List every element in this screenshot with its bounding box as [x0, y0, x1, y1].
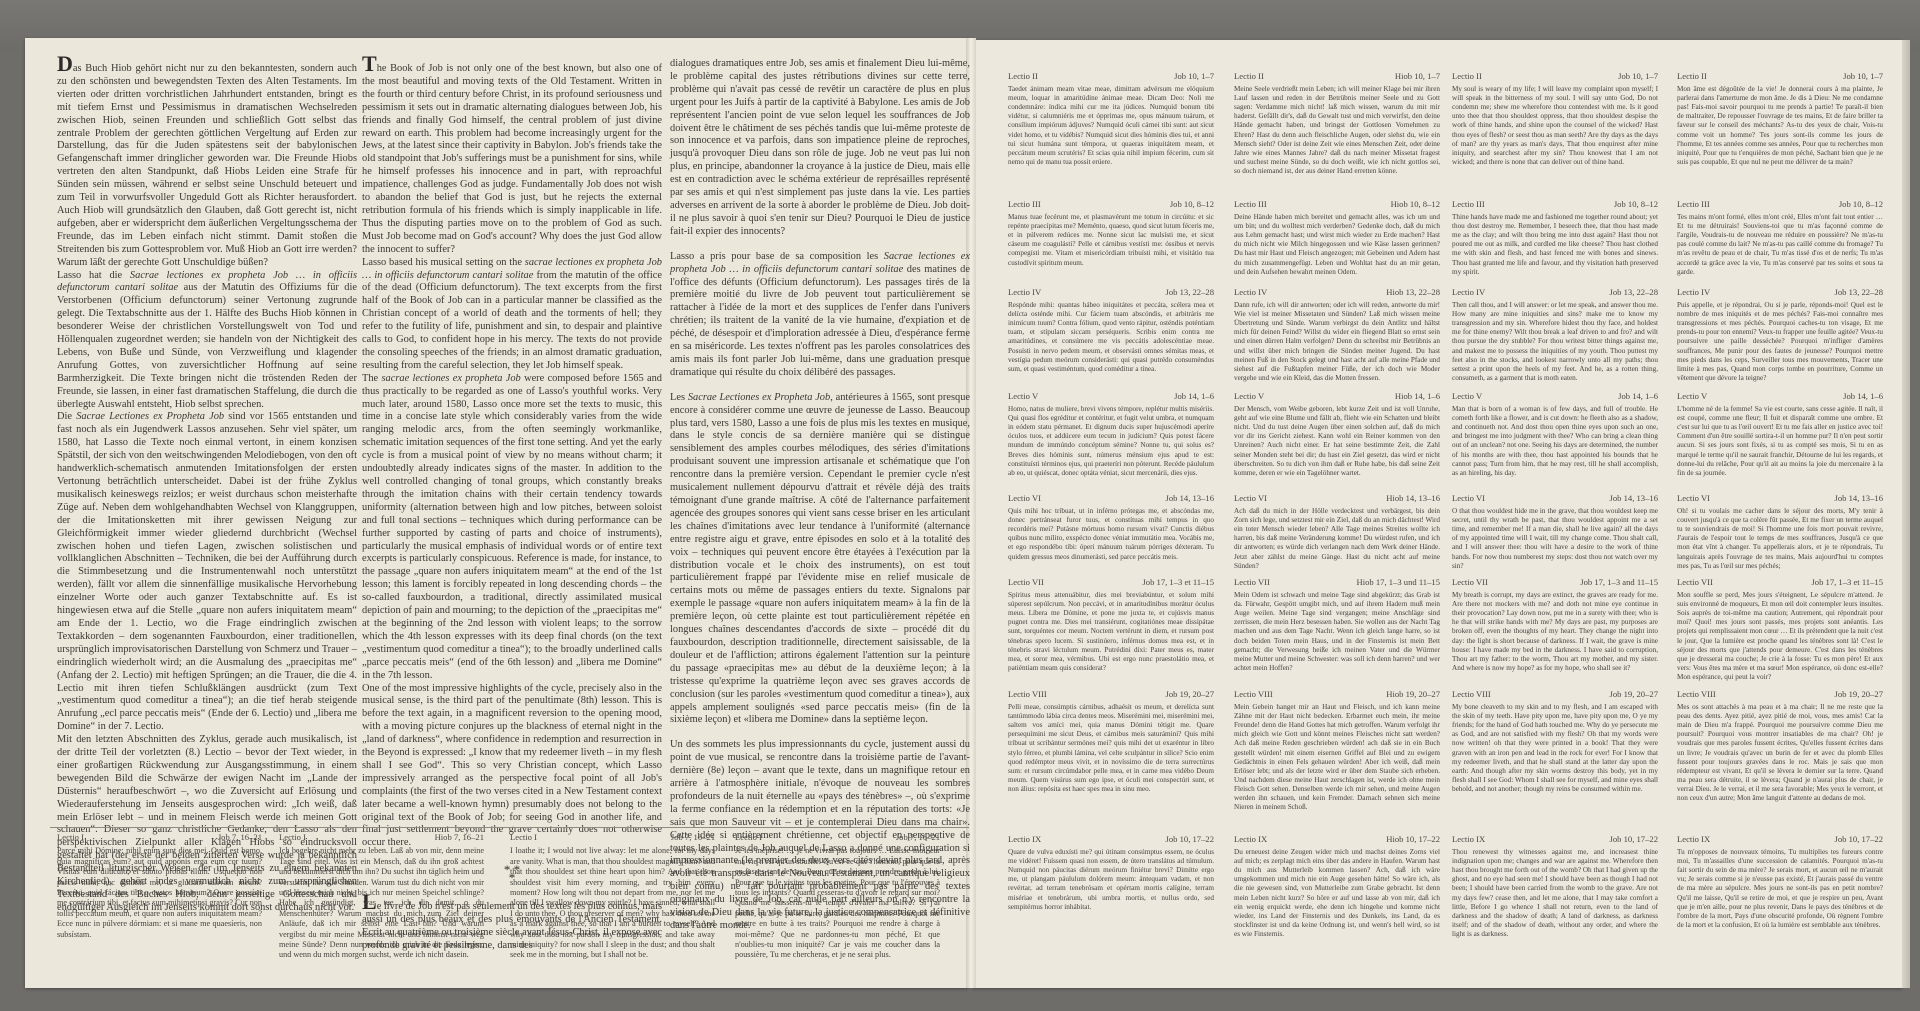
lesson-label: Lectio VIII — [1008, 690, 1047, 699]
lesson-text: O that thou wouldest hide me in the grav… — [1452, 507, 1658, 571]
lesson-label: Lectio V — [1452, 392, 1482, 401]
lesson-reference: Job 14, 13–16 — [1835, 494, 1883, 503]
lesson-reference: Job 19, 20–27 — [1835, 690, 1883, 699]
lesson-reference: Job 10, 1–7 — [1174, 72, 1214, 81]
lesson-text: Mon âme est dégoûtée de la vie! Je donne… — [1677, 85, 1883, 167]
essay-german: Das Buch Hiob gehört nicht nur zu den be… — [57, 58, 357, 915]
lesson-block: Lectio VHiob 14, 1–6 Der Mensch, vom Wei… — [1234, 392, 1440, 478]
lesson-label: Lectio IX — [1008, 835, 1041, 844]
lesson-reference: Job 17, 1–3 et 11–15 — [1811, 578, 1883, 587]
lesson-label: Lectio II — [1452, 72, 1482, 81]
lesson-text: Then call thou, and I will answer: or le… — [1452, 301, 1658, 383]
lesson-text: Du erneuest deine Zeugen wider mich und … — [1234, 848, 1440, 939]
lesson-block: Lectio IJob 7, 16–21 I loathe it; I woul… — [510, 832, 715, 961]
lesson-text: Taedet ánimam meam vitae meae, dimittam … — [1008, 85, 1214, 167]
lesson-reference: Hiob 10, 1–7 — [1395, 72, 1440, 81]
lesson-reference: Hiob 7, 16–21 — [435, 832, 484, 842]
paragraph: dialogues dramatiques entre Job, ses ami… — [670, 58, 970, 239]
lesson-label: Lectio VI — [1677, 494, 1710, 503]
lesson-reference: Hiob 19, 20–27 — [1386, 690, 1440, 699]
lesson-text: Der Mensch, vom Weibe geboren, lebt kurz… — [1234, 405, 1440, 478]
lesson-text: Manus tuae fecérunt me, et plasmavérunt … — [1008, 213, 1214, 268]
lesson-reference: Job 10, 17–22 — [1610, 835, 1658, 844]
lesson-text: Man that is born of a woman is of few da… — [1452, 405, 1658, 478]
lesson-reference: Hiob 14, 1–6 — [1395, 392, 1440, 401]
lesson-reference: Job 7, 16–21 — [671, 832, 715, 842]
lesson-reference: Job 7, 16–21 — [896, 832, 940, 842]
lesson-label: Lectio IX — [1677, 835, 1710, 844]
lesson-block: Lectio IIIJob 10, 8–12 Thine hands have … — [1452, 200, 1658, 277]
lesson-reference: Job 14, 1–6 — [1843, 392, 1883, 401]
lesson-reference: Job 10, 1–7 — [1618, 72, 1658, 81]
lesson-text: Meine Seele verdrießt mein Leben; ich wi… — [1234, 85, 1440, 176]
lesson-block: Lectio VIIHiob 17, 1–3 und 11–15 Mein Od… — [1234, 578, 1440, 673]
lesson-block: Lectio IIIJob 10, 8–12 Manus tuae fecéru… — [1008, 200, 1214, 268]
lesson-text: Quare de vulva eduxísti me? qui útinam c… — [1008, 848, 1214, 912]
lesson-text: Deine Hände haben mich bereitet und gema… — [1234, 213, 1440, 277]
lesson-reference: Job 7, 16–21 — [218, 832, 262, 842]
lesson-label: Lectio V — [1677, 392, 1707, 401]
italic-title: Sacrae Lectiones ex Propheta Job — [76, 411, 224, 422]
lesson-text: Mein Gebein hanget mir an Haut und Fleis… — [1234, 703, 1440, 812]
lesson-reference: Job 10, 17–22 — [1835, 835, 1883, 844]
lesson-text: My soul is weary of my life; I will leav… — [1452, 85, 1658, 167]
paragraph: Lasso a pris pour base de sa composition… — [670, 251, 884, 262]
lesson-text: Dann rufe, ich will dir antworten; oder … — [1234, 301, 1440, 383]
lesson-label: Lectio IV — [1234, 288, 1267, 297]
paragraph: Lasso hat die — [57, 270, 130, 281]
lesson-block: Lectio VJob 14, 1–6 L'homme né de la fem… — [1677, 392, 1883, 478]
lesson-block: Lectio IXJob 10, 17–22 Quare de vulva ed… — [1008, 835, 1214, 912]
lesson-label: Lectio I — [279, 832, 306, 842]
lesson-label: Lectio I — [735, 832, 762, 842]
paragraph: sind vor 1565 entstanden und fast noch a… — [57, 411, 357, 732]
lesson-reference: Hiob 10, 8–12 — [1391, 200, 1440, 209]
lesson-text: Mein Odem ist schwach und meine Tage sin… — [1234, 591, 1440, 673]
lesson-block: Lectio IXJob 10, 17–22 Tu m'opposes de n… — [1677, 835, 1883, 930]
lesson-text: Tes mains m'ont formé, elles m'ont créé,… — [1677, 213, 1883, 277]
italic-title: Sacrae Lectiones ex Propheta Job — [688, 392, 830, 403]
paragraph: Lasso based his musical setting on the — [362, 257, 525, 268]
paragraph: Die — [57, 411, 76, 422]
lesson-reference: Job 13, 22–28 — [1166, 288, 1214, 297]
lesson-reference: Hiob 13, 22–28 — [1386, 288, 1440, 297]
lesson-text: I loathe it; I would not live alway: let… — [510, 846, 715, 960]
lesson-block: Lectio VIJob 14, 13–16 Quis mihi hoc trí… — [1008, 494, 1214, 562]
lesson-label: Lectio III — [1234, 200, 1267, 209]
lesson-label: Lectio VI — [1234, 494, 1267, 503]
lesson-text: Spíritus meus attenuábitur, dies mei bre… — [1008, 591, 1214, 673]
lesson-label: Lectio II — [1008, 72, 1038, 81]
lesson-block: Lectio VIIJob 17, 1–3 et 11–15 Mon souff… — [1677, 578, 1883, 682]
paragraph: from the matutin of the office of the de… — [362, 270, 662, 371]
lesson-label: Lectio VIII — [1234, 690, 1273, 699]
lesson-block: Lectio IIJob 10, 1–7 Mon âme est dégoûté… — [1677, 72, 1883, 167]
lesson-text: Puis appelle, et je répondrai, Ou si je … — [1677, 301, 1883, 383]
lesson-label: Lectio II — [1234, 72, 1264, 81]
lesson-block: Lectio IJob 7, 16–21 Je les méprise! … j… — [735, 832, 940, 961]
lesson-reference: Job 10, 17–22 — [1166, 835, 1214, 844]
lesson-label: Lectio VIII — [1452, 690, 1491, 699]
lesson-label: Lectio VII — [1008, 578, 1044, 587]
lesson-block: Lectio IIJob 10, 1–7 Taedet ánimam meam … — [1008, 72, 1214, 167]
lesson-text: Tu m'opposes de nouveaux témoins, Tu mul… — [1677, 848, 1883, 930]
lesson-text: Quis mihi hoc tríbuat, ut in inférno pró… — [1008, 507, 1214, 562]
lesson-reference: Job 19, 20–27 — [1610, 690, 1658, 699]
lesson-label: Lectio IX — [1234, 835, 1267, 844]
paragraph: One of the most impressive highlights of… — [362, 683, 662, 851]
lesson-label: Lectio V — [1008, 392, 1038, 401]
lesson-label: Lectio V — [1234, 392, 1264, 401]
paragraph: The — [362, 373, 381, 384]
lesson-reference: Job 10, 8–12 — [1839, 200, 1883, 209]
lesson-text: My bone cleaveth to my skin and to my fl… — [1452, 703, 1658, 794]
lesson-label: Lectio VII — [1677, 578, 1713, 587]
lesson-text: Thine hands have made me and fashioned m… — [1452, 213, 1658, 277]
essay-french: dialogues dramatiques entre Job, ses ami… — [670, 58, 970, 933]
lesson-reference: Job 10, 8–12 — [1170, 200, 1214, 209]
lesson-text: Oh! si tu voulais me cacher dans le séjo… — [1677, 507, 1883, 571]
lesson-block: Lectio IJob 7, 16–21 Parce mihi Dómine: … — [57, 832, 262, 940]
essay-english: The Book of Job is not only one of the b… — [362, 58, 662, 953]
lesson-label: Lectio I — [57, 832, 84, 842]
lesson-block: Lectio IXJob 10, 17–22 Thou renewest thy… — [1452, 835, 1658, 939]
italic-title: sacrae lectiones ex propheta Job — [381, 373, 520, 384]
paragraph: as Buch Hiob gehört nicht nur zu den bek… — [57, 63, 357, 268]
lesson-block: Lectio VIJob 14, 13–16 Oh! si tu voulais… — [1677, 494, 1883, 571]
lesson-label: Lectio VI — [1452, 494, 1485, 503]
lesson-text: Homo, natus de muliere, brevi vivens tém… — [1008, 405, 1214, 478]
lesson-label: Lectio VII — [1234, 578, 1270, 587]
lesson-block: Lectio VJob 14, 1–6 Homo, natus de mulie… — [1008, 392, 1214, 478]
lesson-label: Lectio I — [510, 832, 537, 842]
lesson-label: Lectio IV — [1008, 288, 1041, 297]
lesson-text: Respónde mihi: quantas hábeo iniquitátes… — [1008, 301, 1214, 374]
lesson-block: Lectio IIHiob 10, 1–7 Meine Seele verdri… — [1234, 72, 1440, 176]
lesson-text: Mon souffle se perd, Mes jours s'éteigne… — [1677, 591, 1883, 682]
lesson-block: Lectio IHiob 7, 16–21 Ich begehre nicht … — [279, 832, 484, 961]
lesson-reference: Job 13, 22–28 — [1835, 288, 1883, 297]
lesson-block: Lectio VJob 14, 1–6 Man that is born of … — [1452, 392, 1658, 478]
lesson-reference: Hiob 14, 13–16 — [1386, 494, 1440, 503]
lesson-label: Lectio IV — [1677, 288, 1710, 297]
lesson-block: Lectio IVHiob 13, 22–28 Dann rufe, ich w… — [1234, 288, 1440, 383]
lesson-text: Thou renewest thy witnesses against me, … — [1452, 848, 1658, 939]
lesson-label: Lectio III — [1677, 200, 1710, 209]
lesson-reference: Hiob 10, 17–22 — [1386, 835, 1440, 844]
lesson-block: Lectio VIIJob 17, 1–3 and 11–15 My breat… — [1452, 578, 1658, 673]
drop-cap: T — [362, 51, 377, 76]
lesson-text: My breath is corrupt, my days are extinc… — [1452, 591, 1658, 673]
drop-cap: D — [57, 51, 73, 76]
paragraph: aus der Matutin des Offiziums für die Ve… — [57, 282, 357, 409]
lesson-block: Lectio VIIIHiob 19, 20–27 Mein Gebein ha… — [1234, 690, 1440, 812]
lesson-block: Lectio VIIJob 17, 1–3 et 11–15 Spíritus … — [1008, 578, 1214, 673]
lesson-reference: Job 14, 13–16 — [1610, 494, 1658, 503]
paragraph: des matines de l'office des défunts (Off… — [670, 264, 970, 378]
lesson-block: Lectio IIIHiob 10, 8–12 Deine Hände habe… — [1234, 200, 1440, 277]
lesson-reference: Job 17, 1–3 et 11–15 — [1142, 578, 1214, 587]
lesson-text: Parce mihi Dómine: nihil enim sunt dies … — [57, 846, 262, 940]
lesson-label: Lectio VI — [1008, 494, 1041, 503]
lesson-text: Mes os sont attachés à ma peau et à ma c… — [1677, 703, 1883, 803]
lesson-reference: Job 10, 8–12 — [1614, 200, 1658, 209]
lesson-block: Lectio IVJob 13, 22–28 Puis appelle, et … — [1677, 288, 1883, 383]
lesson-reference: Job 14, 1–6 — [1618, 392, 1658, 401]
paragraph: were composed before 1565 and thus pract… — [362, 373, 662, 681]
lesson-block: Lectio IXHiob 10, 17–22 Du erneuest dein… — [1234, 835, 1440, 939]
lesson-reference: Job 17, 1–3 and 11–15 — [1580, 578, 1658, 587]
lesson-block: Lectio IVJob 13, 22–28 Then call thou, a… — [1452, 288, 1658, 383]
lesson-reference: Job 10, 1–7 — [1843, 72, 1883, 81]
lesson-text: Ach daß du mich in der Hölle verdecktest… — [1234, 507, 1440, 571]
paragraph: Les — [670, 392, 688, 403]
lesson-text: Ich begehre nicht mehr zu leben. Laß ab … — [279, 846, 484, 960]
lesson-block: Lectio VIJob 14, 13–16 O that thou would… — [1452, 494, 1658, 571]
lesson-block: Lectio VIIIJob 19, 20–27 Pelli meae, con… — [1008, 690, 1214, 794]
lesson-label: Lectio II — [1677, 72, 1707, 81]
lesson-label: Lectio VII — [1452, 578, 1488, 587]
lesson-block: Lectio IVJob 13, 22–28 Respónde mihi: qu… — [1008, 288, 1214, 374]
lesson-text: L'homme né de la femme! Sa vie est court… — [1677, 405, 1883, 478]
lesson-text: Pelli meae, consúmptis cárnibus, adhaési… — [1008, 703, 1214, 794]
lesson-block: Lectio VIIIJob 19, 20–27 My bone cleavet… — [1452, 690, 1658, 794]
lesson-reference: Job 14, 13–16 — [1166, 494, 1214, 503]
lesson-label: Lectio IV — [1452, 288, 1485, 297]
lesson-reference: Job 14, 1–6 — [1174, 392, 1214, 401]
page-edge — [1902, 40, 1910, 988]
lesson-reference: Job 19, 20–27 — [1166, 690, 1214, 699]
lesson-reference: Hiob 17, 1–3 und 11–15 — [1357, 578, 1440, 587]
lesson-label: Lectio III — [1452, 200, 1485, 209]
lesson-label: Lectio IX — [1452, 835, 1485, 844]
lesson-block: Lectio IIIJob 10, 8–12 Tes mains m'ont f… — [1677, 200, 1883, 277]
lesson-reference: Job 13, 22–28 — [1610, 288, 1658, 297]
lesson-block: Lectio VIIIJob 19, 20–27 Mes os sont att… — [1677, 690, 1883, 803]
lesson-block: Lectio IIJob 10, 1–7 My soul is weary of… — [1452, 72, 1658, 167]
divider-rule — [50, 827, 969, 828]
lesson-label: Lectio III — [1008, 200, 1041, 209]
lesson-text: Je les méprise! … je ne vivrai pas toujo… — [735, 846, 940, 960]
lesson-block: Lectio VIHiob 14, 13–16 Ach daß du mich … — [1234, 494, 1440, 571]
lesson-label: Lectio VIII — [1677, 690, 1716, 699]
paragraph: , antérieures à 1565, sont presque encor… — [670, 392, 970, 726]
paragraph: he Book of Job is not only one of the be… — [362, 63, 662, 255]
